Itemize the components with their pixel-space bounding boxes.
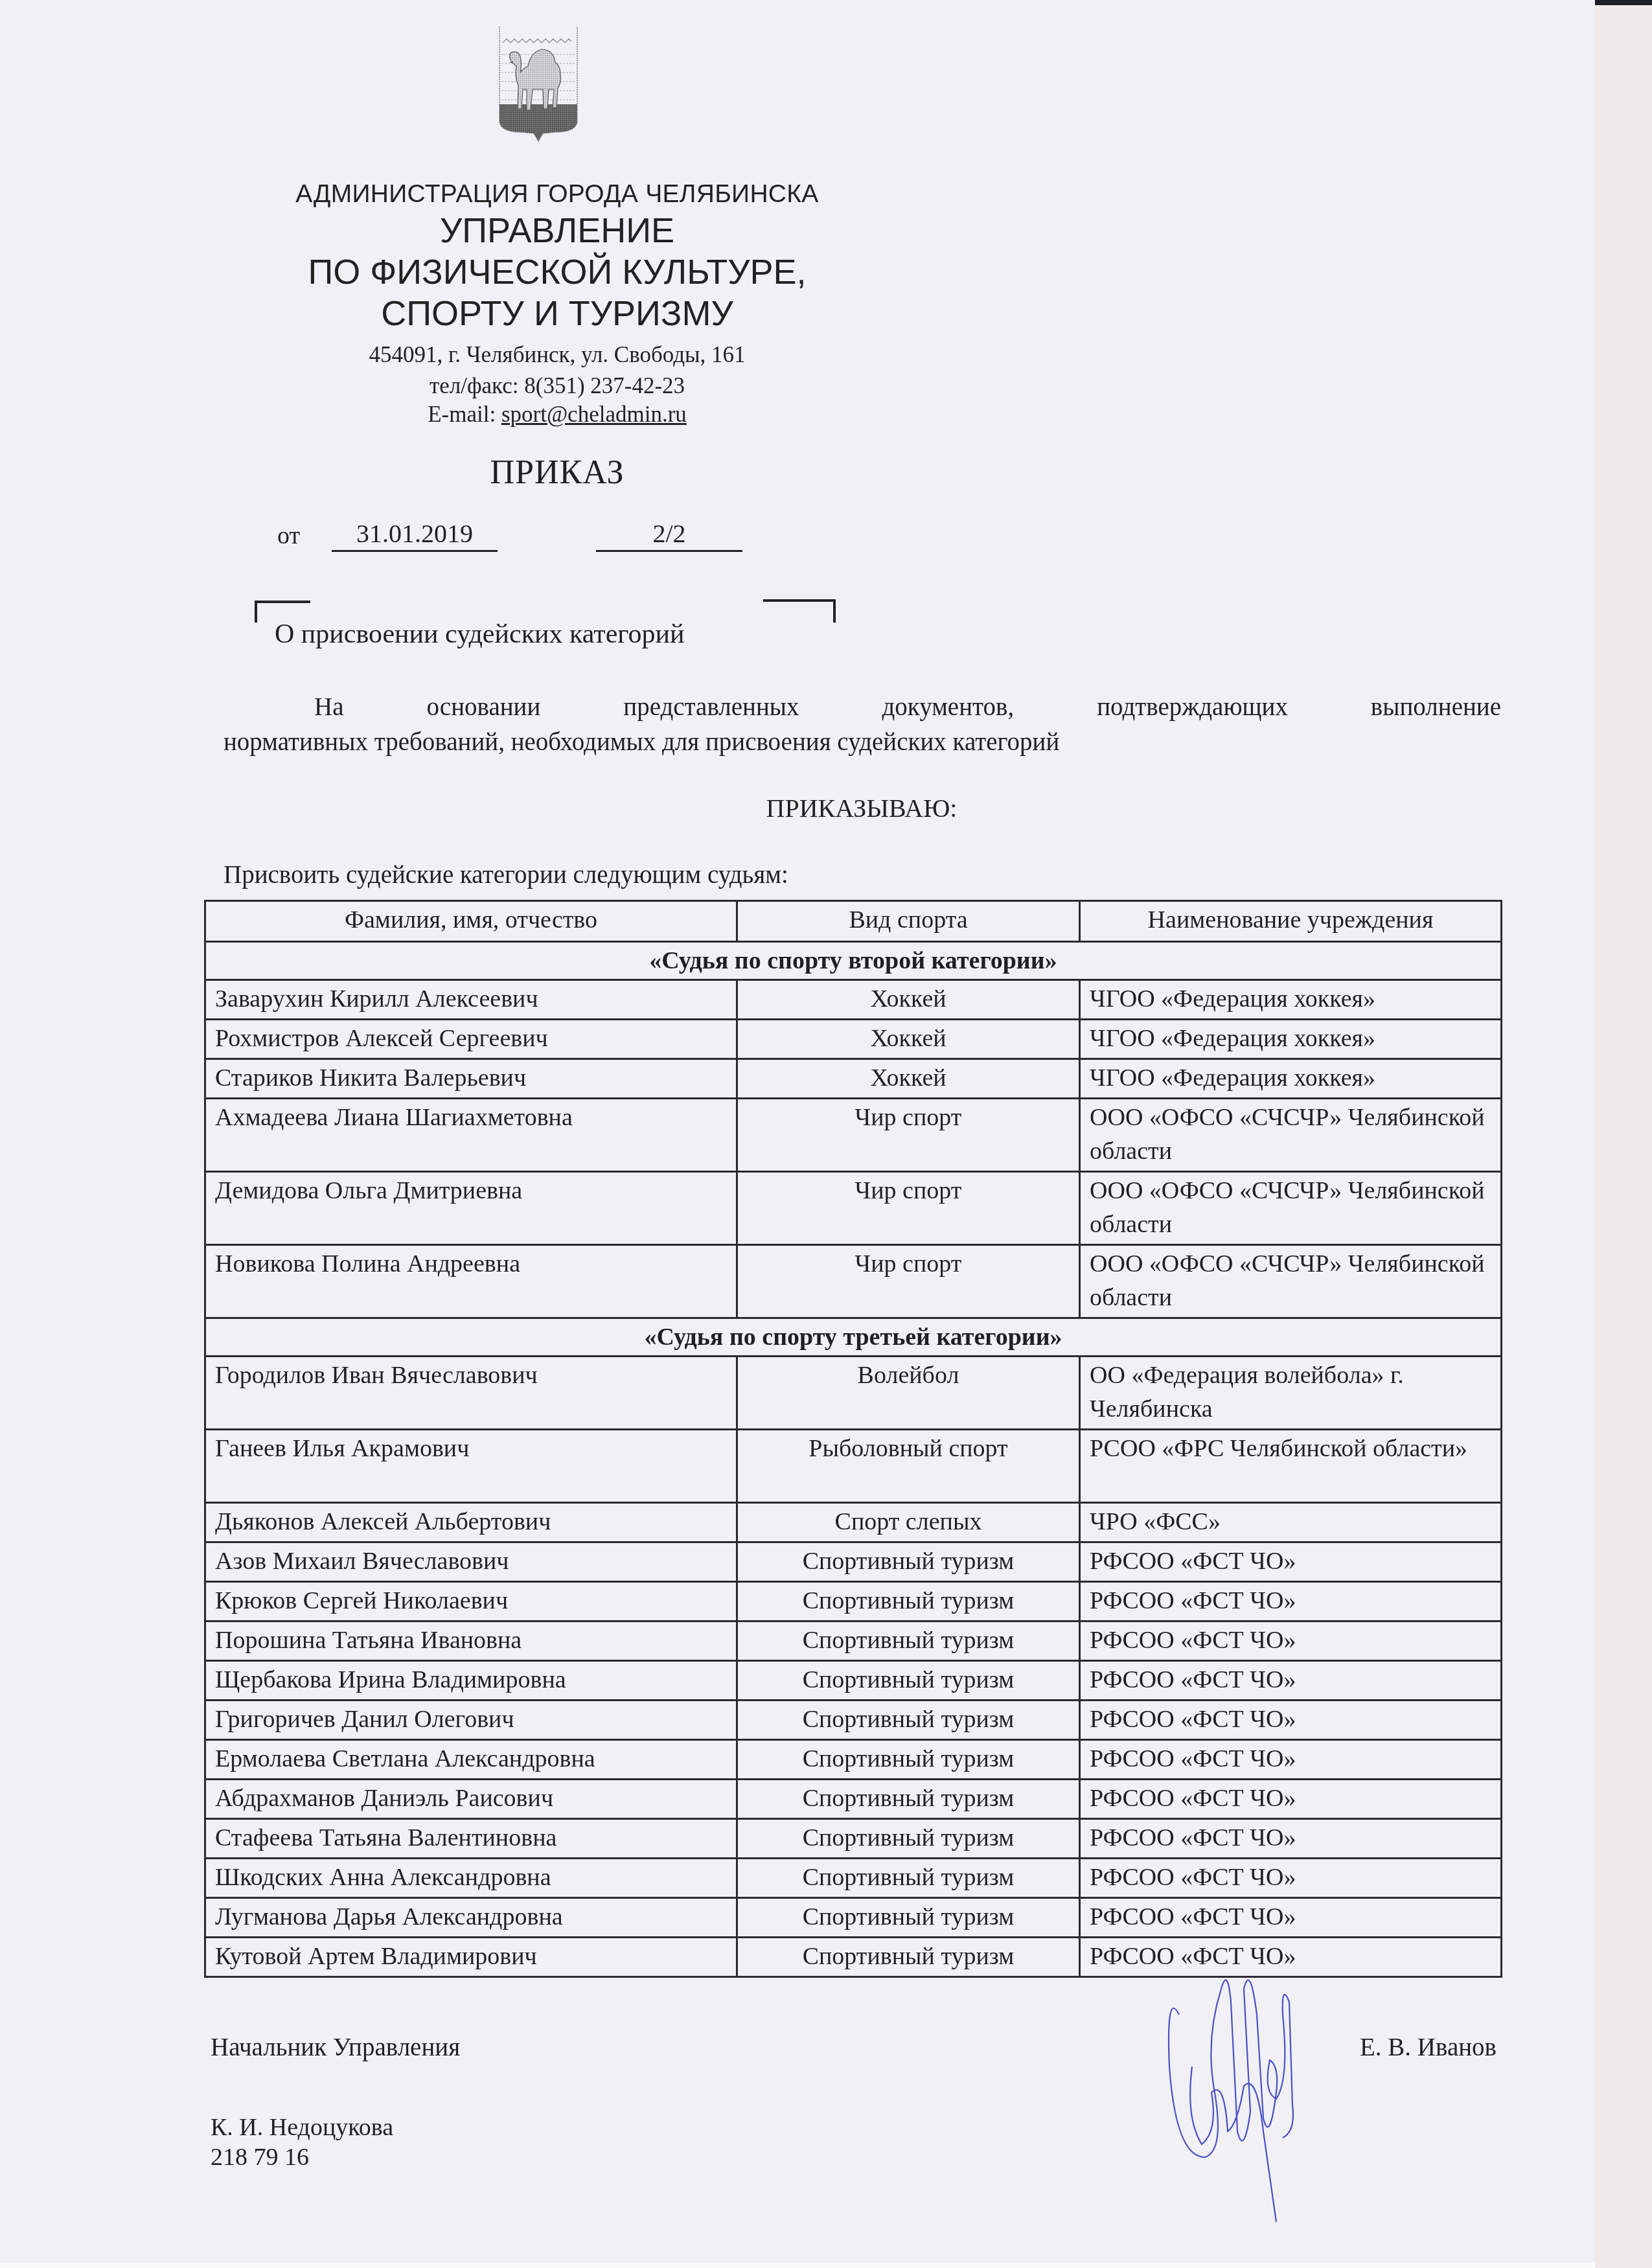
table-header-row: Фамилия, имя, отчество Вид спорта Наимен… <box>205 901 1502 942</box>
category-title: «Судья по спорту третьей категории» <box>205 1318 1502 1357</box>
phone: тел/факс: 8(351) 237-42-23 <box>0 373 1114 399</box>
basis-line-1: На основании представленных документов, … <box>224 690 1501 725</box>
sport-type: Хоккей <box>737 980 1080 1020</box>
sport-type: Волейбол <box>737 1357 1080 1430</box>
organization: ЧГОО «Федерация хоккея» <box>1080 1020 1502 1059</box>
table-row: Ермолаева Светлана АлександровнаСпортивн… <box>205 1740 1502 1780</box>
organization: ЧГОО «Федерация хоккея» <box>1080 1059 1502 1099</box>
sport-type: Хоккей <box>737 1059 1080 1099</box>
table-row: Ахмадеева Лиана ШагиахметовнаЧир спортОО… <box>205 1099 1502 1172</box>
scanner-edge-dark <box>1595 0 1652 5</box>
order-date: 31.01.2019 <box>332 518 498 552</box>
administration-name: АДМИНИСТРАЦИЯ ГОРОДА ЧЕЛЯБИНСКА <box>0 180 1114 209</box>
order-title: ПРИКАЗ <box>0 453 1114 492</box>
judge-name: Григоричев Данил Олегович <box>205 1701 737 1740</box>
judge-name: Ермолаева Светлана Александровна <box>205 1740 737 1780</box>
table-row: Григоричев Данил ОлеговичСпортивный тури… <box>205 1701 1502 1740</box>
judge-name: Городилов Иван Вячеславович <box>205 1357 737 1430</box>
sport-type: Спортивный туризм <box>737 1542 1080 1582</box>
department-line-3: СПОРТУ И ТУРИЗМУ <box>0 294 1114 333</box>
organization: РФСОО «ФСТ ЧО» <box>1080 1661 1502 1701</box>
scanner-edge <box>1595 0 1652 2268</box>
order-number: 2/2 <box>596 518 742 552</box>
organization: РФСОО «ФСТ ЧО» <box>1080 1819 1502 1859</box>
email-link[interactable]: sport@cheladmin.ru <box>501 402 687 427</box>
department-line-2: ПО ФИЗИЧЕСКОЙ КУЛЬТУРЕ, <box>0 253 1114 292</box>
judge-name: Щербакова Ирина Владимировна <box>205 1661 737 1701</box>
organization: РСОО «ФРС Челябинской области» <box>1080 1430 1502 1503</box>
judge-name: Азов Михаил Вячеславович <box>205 1542 737 1582</box>
organization: РФСОО «ФСТ ЧО» <box>1080 1898 1502 1938</box>
sport-type: Спортивный туризм <box>737 1621 1080 1661</box>
judge-name: Дьяконов Алексей Альбертович <box>205 1503 737 1542</box>
sport-type: Спортивный туризм <box>737 1898 1080 1938</box>
sport-type: Чир спорт <box>737 1099 1080 1172</box>
department-line-1: УПРАВЛЕНИЕ <box>0 211 1114 250</box>
judge-name: Кутовой Артем Владимирович <box>205 1938 737 1977</box>
organization: РФСОО «ФСТ ЧО» <box>1080 1701 1502 1740</box>
address: 454091, г. Челябинск, ул. Свободы, 161 <box>0 342 1114 368</box>
table-row: Шкодских Анна АлександровнаСпортивный ту… <box>205 1859 1502 1898</box>
judge-name: Заварухин Кирилл Алексеевич <box>205 980 737 1020</box>
category-title: «Судья по спорту второй категории» <box>205 942 1502 980</box>
table-row: Порошина Татьяна ИвановнаСпортивный тури… <box>205 1621 1502 1661</box>
table-row: Демидова Ольга ДмитриевнаЧир спортООО «О… <box>205 1172 1502 1245</box>
organization: ОО «Федерация волейбола» г. Челябинска <box>1080 1357 1502 1430</box>
category-row: «Судья по спорту третьей категории» <box>205 1318 1502 1357</box>
email-label: E-mail: <box>428 402 501 427</box>
judges-table: Фамилия, имя, отчество Вид спорта Наимен… <box>204 900 1502 1978</box>
sport-type: Хоккей <box>737 1020 1080 1059</box>
signer-name: Е. В. Иванов <box>1360 2033 1497 2062</box>
judge-name: Демидова Ольга Дмитриевна <box>205 1172 737 1245</box>
table-row: Стариков Никита ВалерьевичХоккейЧГОО «Фе… <box>205 1059 1502 1099</box>
judge-name: Крюков Сергей Николаевич <box>205 1582 737 1621</box>
coat-of-arms-icon <box>496 23 580 143</box>
column-header-sport: Вид спорта <box>737 901 1080 942</box>
judge-name: Порошина Татьяна Ивановна <box>205 1621 737 1661</box>
page-bottom-edge <box>0 2263 1595 2268</box>
sport-type: Спортивный туризм <box>737 1780 1080 1819</box>
table-row: Лугманова Дарья АлександровнаСпортивный … <box>205 1898 1502 1938</box>
table-row: Городилов Иван ВячеславовичВолейболОО «Ф… <box>205 1357 1502 1430</box>
organization: РФСОО «ФСТ ЧО» <box>1080 1621 1502 1661</box>
organization: РФСОО «ФСТ ЧО» <box>1080 1582 1502 1621</box>
assign-lead: Присвоить судейские категории следующим … <box>224 860 788 889</box>
table-row: Новикова Полина АндреевнаЧир спортООО «О… <box>205 1245 1502 1318</box>
sport-type: Чир спорт <box>737 1172 1080 1245</box>
organization: РФСОО «ФСТ ЧО» <box>1080 1542 1502 1582</box>
sport-type: Спортивный туризм <box>737 1582 1080 1621</box>
sport-type: Спорт слепых <box>737 1503 1080 1542</box>
judge-name: Стафеева Татьяна Валентиновна <box>205 1819 737 1859</box>
organization: РФСОО «ФСТ ЧО» <box>1080 1859 1502 1898</box>
judges-table-body: «Судья по спорту второй категории»Завару… <box>205 942 1502 1977</box>
column-header-name: Фамилия, имя, отчество <box>205 901 737 942</box>
table-row: Стафеева Татьяна ВалентиновнаСпортивный … <box>205 1819 1502 1859</box>
judge-name: Абдрахманов Даниэль Раисович <box>205 1780 737 1819</box>
judge-name: Рохмистров Алексей Сергеевич <box>205 1020 737 1059</box>
table-row: Азов Михаил ВячеславовичСпортивный туриз… <box>205 1542 1502 1582</box>
judge-name: Ахмадеева Лиана Шагиахметовна <box>205 1099 737 1172</box>
table-row: Крюков Сергей НиколаевичСпортивный туриз… <box>205 1582 1502 1621</box>
table-row: Щербакова Ирина ВладимировнаСпортивный т… <box>205 1661 1502 1701</box>
organization: ООО «ОФСО «СЧСЧР» Челябинской области <box>1080 1172 1502 1245</box>
judge-name: Шкодских Анна Александровна <box>205 1859 737 1898</box>
sport-type: Спортивный туризм <box>737 1859 1080 1898</box>
judge-name: Новикова Полина Андреевна <box>205 1245 737 1318</box>
sport-type: Спортивный туризм <box>737 1819 1080 1859</box>
executor-phone: 218 79 16 <box>211 2143 309 2171</box>
sport-type: Чир спорт <box>737 1245 1080 1318</box>
table-row: Рохмистров Алексей СергеевичХоккейЧГОО «… <box>205 1020 1502 1059</box>
sport-type: Спортивный туризм <box>737 1740 1080 1780</box>
table-row: Заварухин Кирилл АлексеевичХоккейЧГОО «Ф… <box>205 980 1502 1020</box>
table-row: Абдрахманов Даниэль РаисовичСпортивный т… <box>205 1780 1502 1819</box>
email-line: E-mail: sport@cheladmin.ru <box>0 402 1114 428</box>
executor-name: К. И. Недоцукова <box>211 2113 393 2142</box>
sport-type: Рыболовный спорт <box>737 1430 1080 1503</box>
judge-name: Ганеев Илья Акрамович <box>205 1430 737 1503</box>
column-header-org: Наименование учреждения <box>1080 901 1502 942</box>
organization: РФСОО «ФСТ ЧО» <box>1080 1740 1502 1780</box>
organization: РФСОО «ФСТ ЧО» <box>1080 1780 1502 1819</box>
subject-bracket-right <box>763 599 836 623</box>
organization: ЧГОО «Федерация хоккея» <box>1080 980 1502 1020</box>
order-basis: На основании представленных документов, … <box>224 690 1501 760</box>
organization: ЧРО «ФСС» <box>1080 1503 1502 1542</box>
table-row: Ганеев Илья АкрамовичРыболовный спортРСО… <box>205 1430 1502 1503</box>
date-prefix: от <box>277 521 300 550</box>
organization: ООО «ОФСО «СЧСЧР» Челябинской области <box>1080 1099 1502 1172</box>
basis-line-2: нормативных требований, необходимых для … <box>224 725 1501 760</box>
handwritten-signature-icon <box>1166 1963 1360 2235</box>
signer-position: Начальник Управления <box>211 2033 460 2062</box>
organization: ООО «ОФСО «СЧСЧР» Челябинской области <box>1080 1245 1502 1318</box>
sport-type: Спортивный туризм <box>737 1661 1080 1701</box>
order-subject: О присвоении судейских категорий <box>275 619 684 650</box>
sport-type: Спортивный туризм <box>737 1938 1080 1977</box>
category-row: «Судья по спорту второй категории» <box>205 942 1502 980</box>
judge-name: Стариков Никита Валерьевич <box>205 1059 737 1099</box>
judge-name: Лугманова Дарья Александровна <box>205 1898 737 1938</box>
order-command: ПРИКАЗЫВАЮ: <box>0 793 1652 823</box>
sport-type: Спортивный туризм <box>737 1701 1080 1740</box>
table-row: Дьяконов Алексей АльбертовичСпорт слепых… <box>205 1503 1502 1542</box>
